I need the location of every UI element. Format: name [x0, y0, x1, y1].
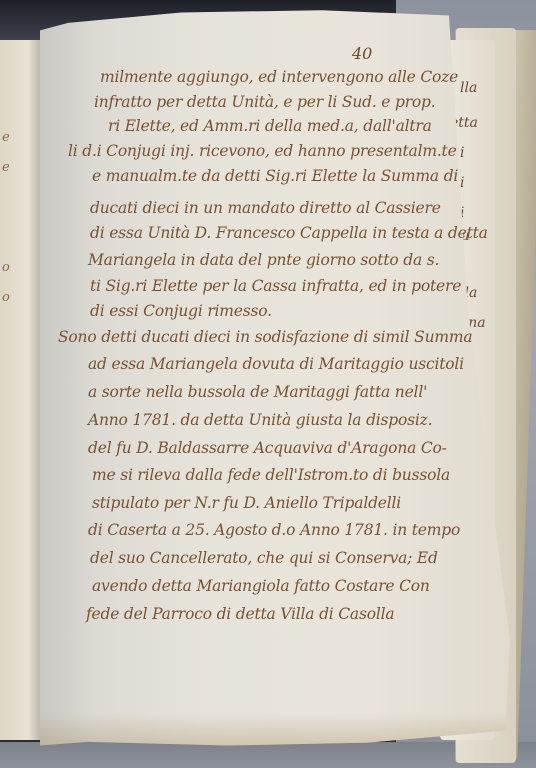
text-line: di Caserta a 25. Agosto d.o Anno 1781. i… [88, 521, 460, 539]
text-line: ducati dieci in un mandato diretto al Ca… [90, 199, 441, 217]
left-page-fragment: o [2, 290, 10, 305]
text-line: infratto per detta Unità, e per li Sud. … [94, 93, 436, 111]
left-page-fragment: e [2, 160, 10, 175]
text-line: Mariangela in data del pnte giorno sotto… [88, 251, 439, 269]
text-line: a sorte nella bussola de Maritaggi fatta… [88, 383, 427, 401]
left-page-fragment: o [2, 260, 10, 275]
left-page-fragment: e [2, 130, 10, 145]
text-line: avendo detta Mariangiola fatto Costare C… [92, 577, 430, 595]
back-page-fragment: lla [460, 80, 477, 96]
text-line: ad essa Mariangela dovuta di Maritaggio … [88, 355, 464, 373]
text-line: e manualm.te da detti Sig.ri Elette la S… [92, 167, 458, 185]
text-line: del suo Cancellerato, che qui si Conserv… [90, 549, 438, 567]
text-line: fede del Parroco di detta Villa di Casol… [86, 605, 394, 623]
text-line: di essi Conjugi rimesso. [90, 302, 272, 320]
text-line: Sono detti ducati dieci in sodisfazione … [58, 328, 472, 346]
text-line: di essa Unità D. Francesco Cappella in t… [90, 224, 488, 242]
text-line: del fu D. Baldassarre Acquaviva d'Aragon… [88, 439, 447, 457]
back-page-fragment: i [460, 145, 464, 161]
text-line: li d.i Conjugi inj. ricevono, ed hanno p… [68, 142, 457, 160]
left-facing-page: e e o o [0, 40, 41, 740]
page-number: 40 [352, 44, 372, 63]
text-line: me si rileva dalla fede dell'Istrom.to d… [92, 466, 450, 484]
text-line: Anno 1781. da detta Unità giusta la disp… [88, 411, 432, 429]
text-line: ti Sig.ri Elette per la Cassa infratta, … [90, 277, 461, 295]
text-line: ri Elette, ed Amm.ri della med.a, dall'a… [108, 117, 432, 135]
text-line: stipulato per N.r fu D. Aniello Tripalde… [92, 494, 401, 512]
text-line: milmente aggiungo, ed intervengono alle … [100, 68, 458, 86]
back-page-fragment: i [460, 175, 464, 191]
